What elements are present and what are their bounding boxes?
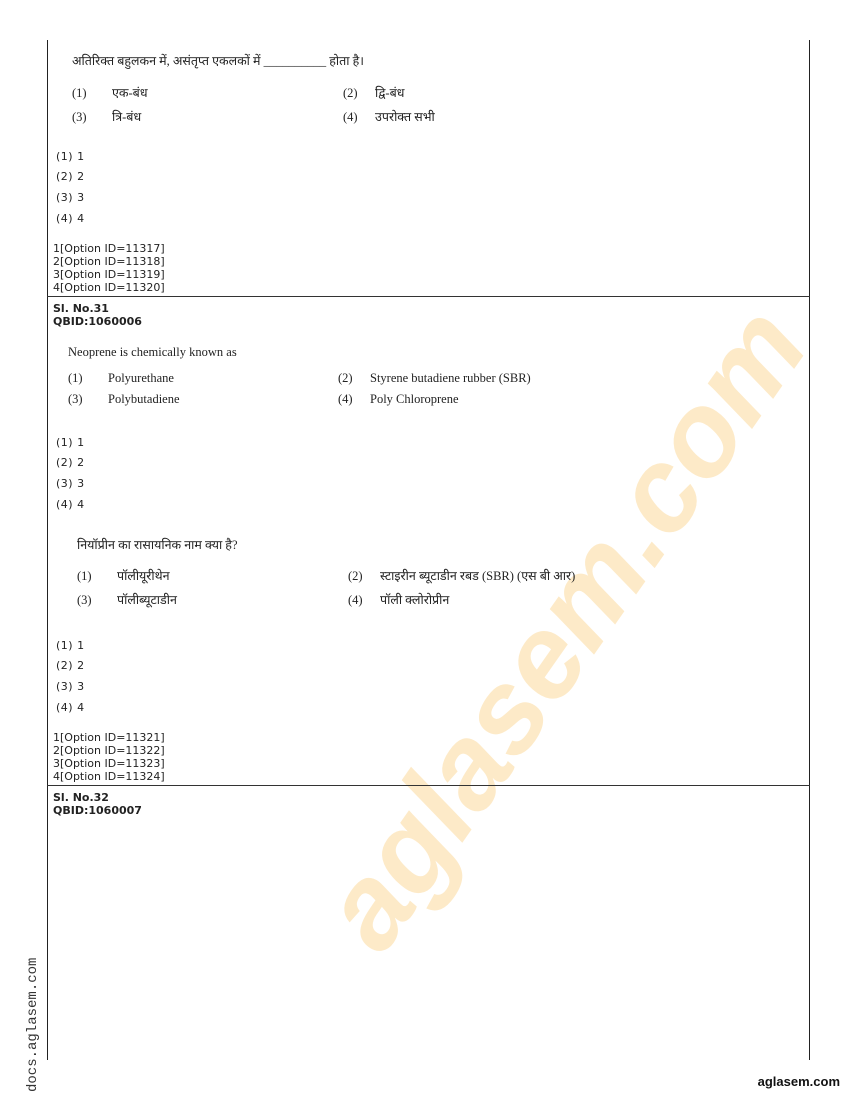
option-1: (1)पॉलीयूरीथेन bbox=[77, 567, 170, 584]
option-number: (1) bbox=[72, 86, 112, 101]
option-number: (3) bbox=[77, 593, 117, 608]
option-3: (3)त्रि-बंध bbox=[72, 108, 141, 125]
question-header: Sl. No.31 QBID:1060006 bbox=[53, 302, 142, 328]
option-number: (4) bbox=[348, 593, 380, 608]
answer-choice: (2) 2 bbox=[56, 170, 85, 183]
option-number: (3) bbox=[68, 392, 108, 407]
option-number: (1) bbox=[77, 569, 117, 584]
option-text: पॉलीब्यूटाडीन bbox=[117, 593, 177, 607]
divider bbox=[47, 296, 810, 297]
qbid: QBID:1060007 bbox=[53, 804, 142, 817]
option-number: (2) bbox=[338, 371, 370, 386]
option-number: (2) bbox=[348, 569, 380, 584]
answer-choice: (3) 3 bbox=[56, 680, 85, 693]
option-2: (2)स्टाइरीन ब्यूटाडीन रबड (SBR) (एस बी आ… bbox=[348, 567, 575, 584]
option-id: 2[Option ID=11318] bbox=[53, 255, 165, 268]
question-text-en: Neoprene is chemically known as bbox=[68, 345, 237, 360]
option-id: 1[Option ID=11317] bbox=[53, 242, 165, 255]
option-2: (2)Styrene butadiene rubber (SBR) bbox=[338, 371, 531, 386]
option-text: Styrene butadiene rubber (SBR) bbox=[370, 371, 531, 385]
option-3: (3)Polybutadiene bbox=[68, 392, 180, 407]
answer-choice: (1) 1 bbox=[56, 150, 85, 163]
option-text: Polyurethane bbox=[108, 371, 174, 385]
divider bbox=[47, 785, 810, 786]
option-number: (4) bbox=[343, 110, 375, 125]
answer-choice: (2) 2 bbox=[56, 456, 85, 469]
answer-choice: (4) 4 bbox=[56, 498, 85, 511]
answer-choice: (3) 3 bbox=[56, 477, 85, 490]
side-watermark-text: docs.aglasem.com bbox=[25, 958, 41, 1092]
option-text: स्टाइरीन ब्यूटाडीन रबड (SBR) (एस बी आर) bbox=[380, 569, 575, 583]
option-text: पॉली क्लोरोप्रीन bbox=[380, 593, 449, 607]
option-ids: 1[Option ID=11317] 2[Option ID=11318] 3[… bbox=[53, 242, 165, 294]
option-text: द्वि-बंध bbox=[375, 86, 404, 100]
option-4: (4)Poly Chloroprene bbox=[338, 392, 459, 407]
answer-choice: (1) 1 bbox=[56, 639, 85, 652]
option-number: (1) bbox=[68, 371, 108, 386]
option-text: त्रि-बंध bbox=[112, 110, 141, 124]
answer-choice: (3) 3 bbox=[56, 191, 85, 204]
option-1: (1)Polyurethane bbox=[68, 371, 174, 386]
option-2: (2)द्वि-बंध bbox=[343, 84, 404, 101]
option-text: Poly Chloroprene bbox=[370, 392, 459, 406]
answer-choice: (1) 1 bbox=[56, 436, 85, 449]
option-text: एक-बंध bbox=[112, 86, 148, 100]
question-header: Sl. No.32 QBID:1060007 bbox=[53, 791, 142, 817]
answer-choice: (4) 4 bbox=[56, 212, 85, 225]
option-id: 2[Option ID=11322] bbox=[53, 744, 165, 757]
option-1: (1)एक-बंध bbox=[72, 84, 148, 101]
option-number: (3) bbox=[72, 110, 112, 125]
footer-brand: aglasem.com bbox=[758, 1074, 840, 1089]
qbid: QBID:1060006 bbox=[53, 315, 142, 328]
option-number: (2) bbox=[343, 86, 375, 101]
serial-number: Sl. No.31 bbox=[53, 302, 142, 315]
option-4: (4)उपरोक्त सभी bbox=[343, 108, 435, 125]
option-text: Polybutadiene bbox=[108, 392, 180, 406]
option-text: पॉलीयूरीथेन bbox=[117, 569, 170, 583]
option-4: (4)पॉली क्लोरोप्रीन bbox=[348, 591, 449, 608]
option-id: 3[Option ID=11319] bbox=[53, 268, 165, 281]
question-text-hi: अतिरिक्त बहुलकन में, असंतृप्त एकलकों में… bbox=[72, 52, 364, 69]
option-id: 1[Option ID=11321] bbox=[53, 731, 165, 744]
serial-number: Sl. No.32 bbox=[53, 791, 142, 804]
answer-choice: (4) 4 bbox=[56, 701, 85, 714]
option-number: (4) bbox=[338, 392, 370, 407]
option-id: 4[Option ID=11324] bbox=[53, 770, 165, 783]
answer-choice: (2) 2 bbox=[56, 659, 85, 672]
option-id: 3[Option ID=11323] bbox=[53, 757, 165, 770]
option-ids: 1[Option ID=11321] 2[Option ID=11322] 3[… bbox=[53, 731, 165, 783]
option-text: उपरोक्त सभी bbox=[375, 110, 435, 124]
question-text-hi: नियॉप्रीन का रासायनिक नाम क्या है? bbox=[77, 536, 238, 553]
option-id: 4[Option ID=11320] bbox=[53, 281, 165, 294]
option-3: (3)पॉलीब्यूटाडीन bbox=[77, 591, 177, 608]
